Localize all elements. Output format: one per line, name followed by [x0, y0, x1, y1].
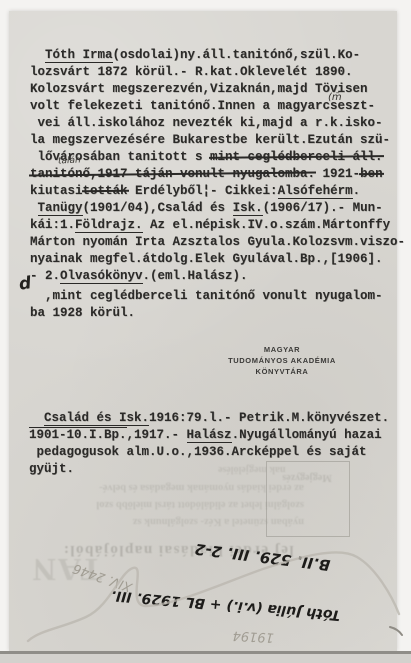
bleedthrough-megjegyzes-label: Megjegyzés	[271, 472, 343, 483]
proofreading-mark: (m̄	[328, 92, 342, 103]
retirement-note-block: ,mint ceglédberceli tanitónő vonult nyug…	[30, 288, 411, 322]
bleedthrough-paragraph: nyában szünetel a Kéz- szolgálnunk szszo…	[12, 476, 304, 527]
handwritten-letter-d: d	[18, 273, 33, 294]
stamp-line-3: KÖNYVTÁRA	[217, 366, 347, 377]
scanned-catalog-card-photo: Tóth Irma(osdolai)ny.áll.tanitónő,szül.K…	[0, 0, 411, 663]
background-surface	[0, 654, 411, 663]
stamp-line-1: MAGYAR	[217, 344, 347, 355]
handwritten-correction: talán	[58, 155, 81, 166]
biography-text-block: Tóth Irma(osdolai)ny.áll.tanitónő,szül.K…	[30, 47, 411, 285]
bleedthrough-megjegyzes-box: Megjegyzés	[266, 461, 350, 537]
library-stamp: MAGYAR TUDOMÁNYOS AKADÉMIA KÖNYVTÁRA	[217, 344, 347, 377]
stamp-line-2: TUDOMÁNYOS AKADÉMIA	[217, 355, 347, 366]
